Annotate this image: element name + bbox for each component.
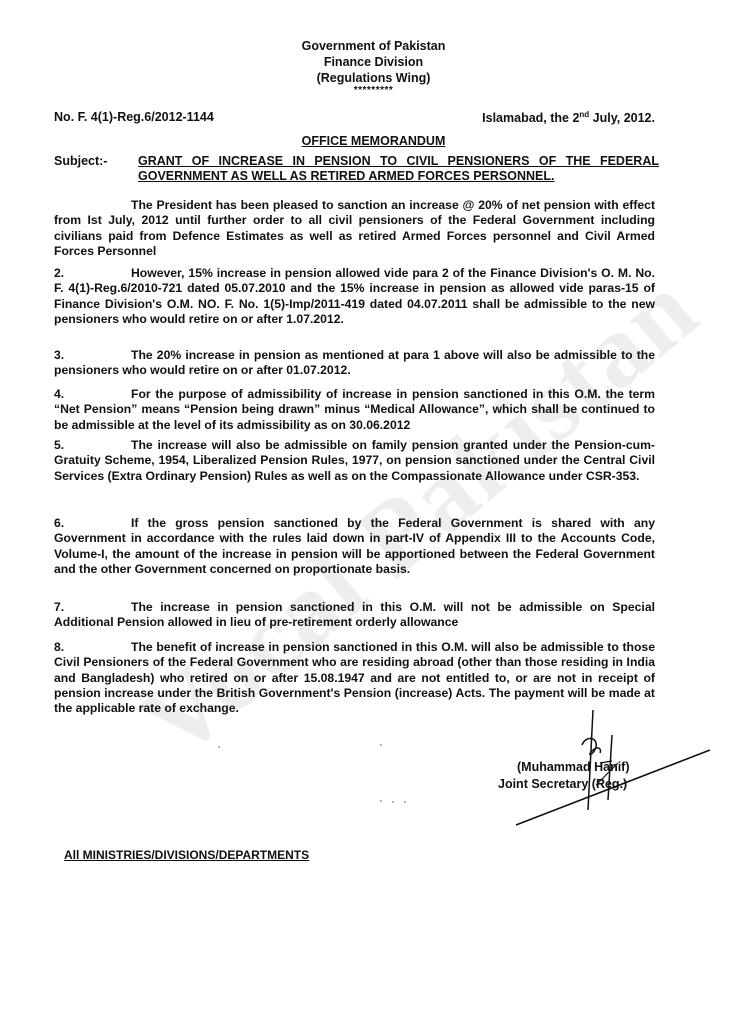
paragraph-number: 5. (54, 438, 131, 453)
paragraph-3: 3.The 20% increase in pension as mention… (54, 348, 655, 379)
letterhead-government: Government of Pakistan (0, 38, 747, 54)
paragraph-number: 8. (54, 640, 131, 655)
paragraph-6: 6.If the gross pension sanctioned by the… (54, 516, 655, 577)
scan-speck (380, 800, 382, 802)
paragraph-number: 2. (54, 266, 131, 281)
paragraph-text: The increase will also be admissible on … (54, 438, 655, 483)
reference-row: No. F. 4(1)-Reg.6/2012-1144 Islamabad, t… (54, 110, 655, 125)
signatory-name: (Muhammad Hanif) (517, 760, 630, 774)
paragraph-7: 7.The increase in pension sanctioned in … (54, 600, 655, 631)
distribution-list: All MINISTRIES/DIVISIONS/DEPARTMENTS (64, 848, 309, 862)
paragraph-text: The 20% increase in pension as mentioned… (54, 348, 655, 377)
paragraph-text: However, 15% increase in pension allowed… (54, 266, 655, 326)
paragraph-4: 4.For the purpose of admissibility of in… (54, 387, 655, 433)
paragraph-number: 4. (54, 387, 131, 402)
paragraph-text: The benefit of increase in pension sanct… (54, 640, 655, 715)
subject-label: Subject:- (54, 154, 138, 184)
scan-speck (404, 801, 406, 803)
place-date-rest: July, 2012. (589, 111, 655, 125)
scan-speck (380, 744, 382, 746)
document-title: OFFICE MEMORANDUM (0, 134, 747, 148)
paragraph-text: The increase in pension sanctioned in th… (54, 600, 655, 629)
scan-speck (218, 746, 220, 748)
paragraph-number: 3. (54, 348, 131, 363)
subject-block: Subject:- GRANT OF INCREASE IN PENSION T… (54, 154, 659, 184)
place-date: Islamabad, the 2nd July, 2012. (482, 110, 655, 125)
office-memorandum-page: Vocal Pakistan Government of Pakistan Fi… (0, 0, 747, 1024)
reference-number: No. F. 4(1)-Reg.6/2012-1144 (54, 110, 214, 125)
letterhead-division: Finance Division (0, 54, 747, 70)
paragraph-8: 8.The benefit of increase in pension san… (54, 640, 655, 716)
paragraph-number: 6. (54, 516, 131, 531)
letterhead: Government of Pakistan Finance Division … (0, 38, 747, 96)
date-ordinal: nd (579, 110, 589, 119)
paragraph-5: 5.The increase will also be admissible o… (54, 438, 655, 484)
place-date-prefix: Islamabad, the 2 (482, 111, 579, 125)
paragraph-text: The President has been pleased to sancti… (54, 198, 655, 258)
paragraph-number: 7. (54, 600, 131, 615)
paragraph-text: For the purpose of admissibility of incr… (54, 387, 655, 432)
scan-speck (392, 801, 394, 803)
signatory-designation: Joint Secretary (Reg.) (498, 777, 627, 791)
subject-text: GRANT OF INCREASE IN PENSION TO CIVIL PE… (138, 154, 659, 184)
paragraph-text: If the gross pension sanctioned by the F… (54, 516, 655, 576)
paragraph-2: 2.However, 15% increase in pension allow… (54, 266, 655, 327)
letterhead-separator: ********* (0, 86, 747, 96)
letterhead-wing: (Regulations Wing) (0, 70, 747, 86)
paragraph-1: The President has been pleased to sancti… (54, 198, 655, 259)
